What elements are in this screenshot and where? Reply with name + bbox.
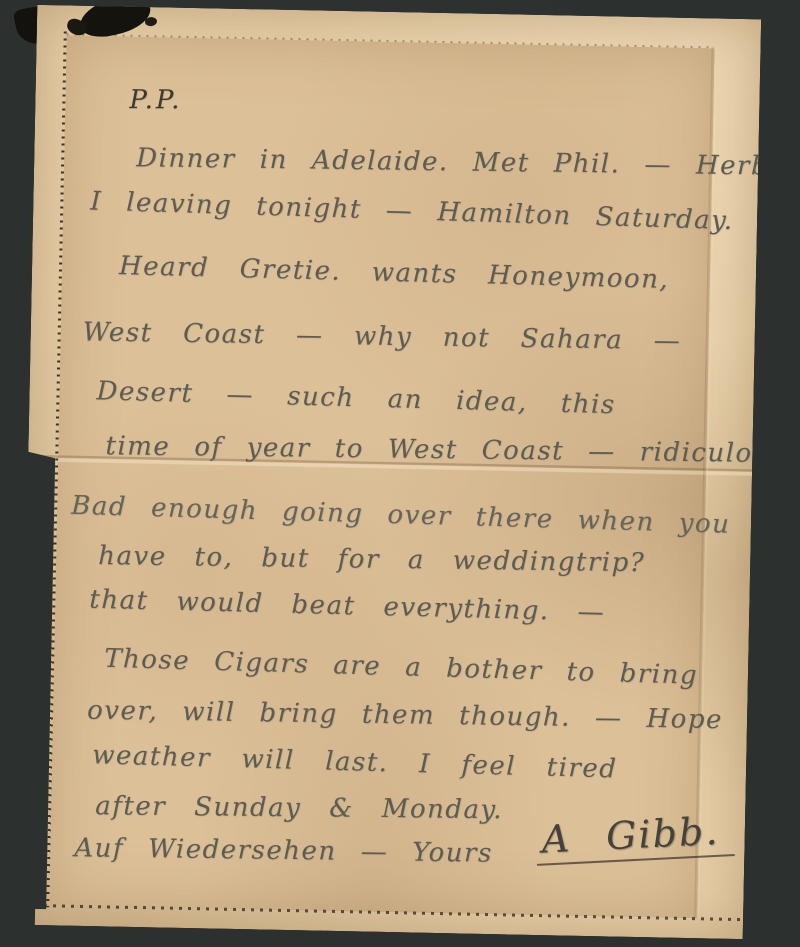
letter-line: Auf Wiedersehen — Yours [74, 833, 493, 868]
letter-heading: P.P. [129, 85, 182, 115]
letter-line: Dinner in Adelaide. Met Phil. — Herb & [136, 143, 800, 182]
letter-line: West Coast — why not Sahara — [83, 317, 682, 356]
letter-line: Bad enough going over there when you [71, 491, 731, 540]
letter-line: I leaving tonight — Hamilton Saturday. [90, 187, 734, 237]
letter-line: Those Cigars are a bother to bring [104, 644, 699, 691]
letter-line: time of year to West Coast — ridiculous, [105, 431, 795, 469]
letter-line: have to, but for a weddingtrip? [98, 541, 645, 578]
letter-line: Heard Gretie. wants Honeymoon, [119, 251, 670, 295]
letter-line: over, will bring them though. — Hope [87, 696, 723, 735]
letter-line: weather will last. I feel tired [92, 740, 618, 784]
photo-background: P.P. Dinner in Adelaide. Met Phil. — Her… [0, 0, 800, 947]
letter-line: that would beat everything. — [89, 585, 605, 628]
handwritten-text: P.P. Dinner in Adelaide. Met Phil. — Her… [19, 5, 761, 939]
letter-card: P.P. Dinner in Adelaide. Met Phil. — Her… [19, 5, 761, 939]
signature: A Gibb. [535, 808, 735, 866]
letter-line: Desert — such an idea, this [96, 376, 616, 420]
letter-line: after Sunday & Monday. [95, 791, 503, 825]
